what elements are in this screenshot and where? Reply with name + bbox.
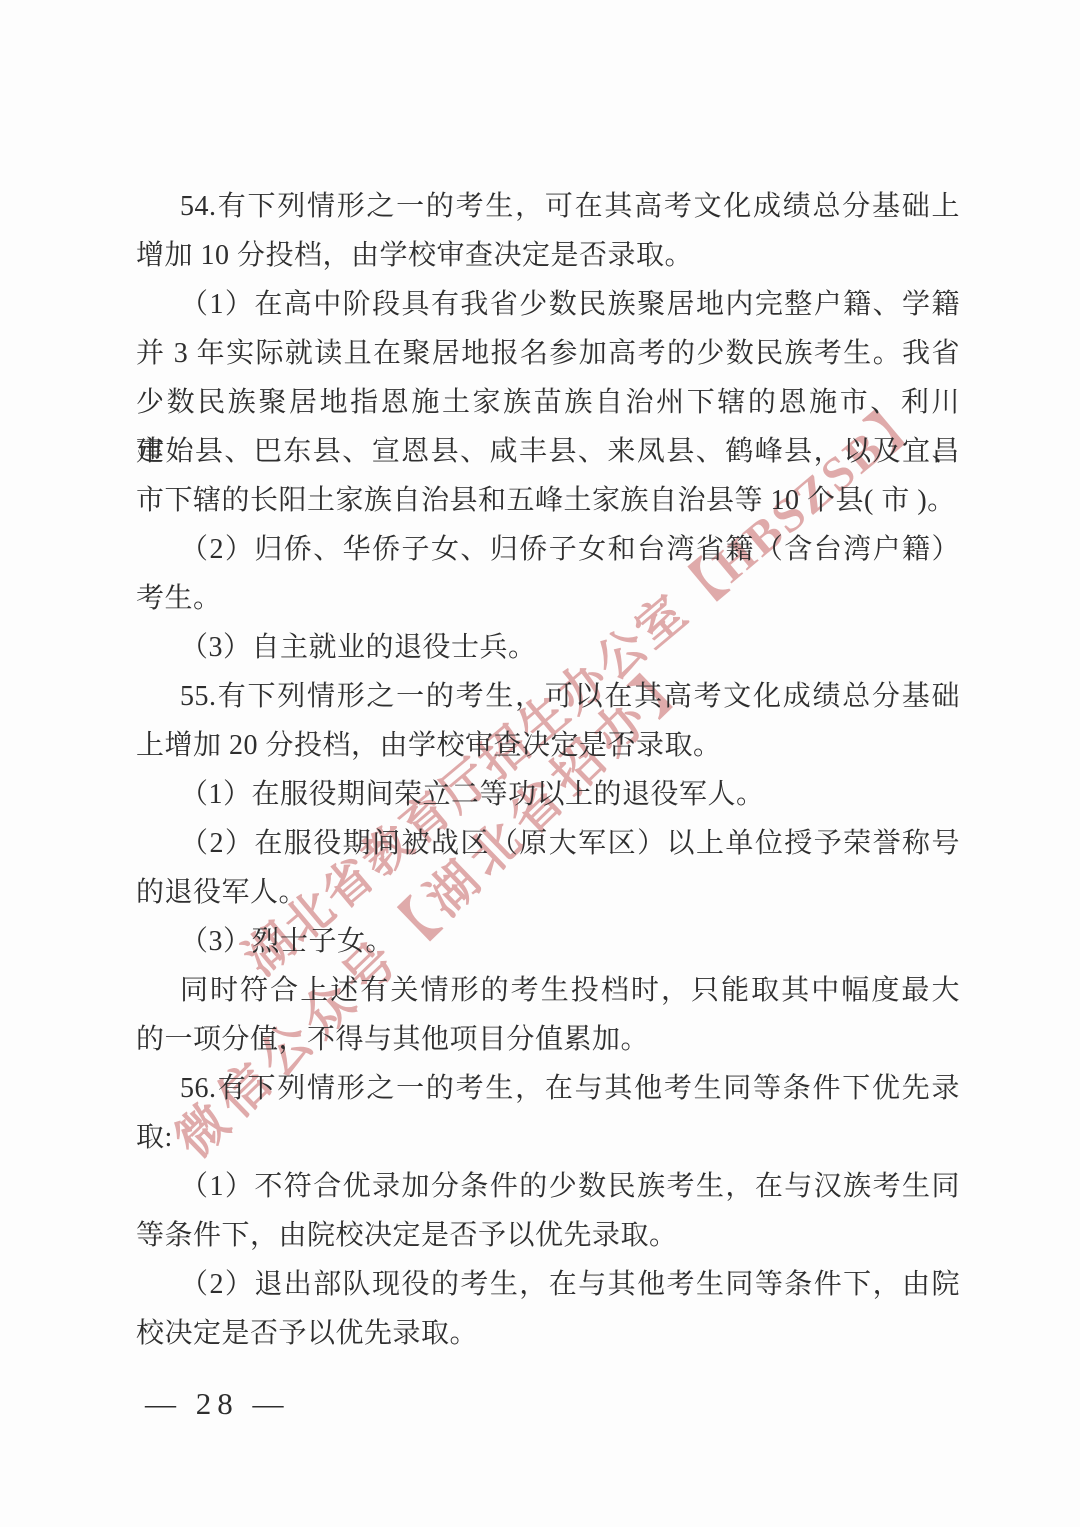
text-line: （2）归侨、华侨子女、归侨子女和台湾省籍（含台湾户籍）: [136, 525, 960, 574]
text-line: （2）在服役期间被战区（原大军区）以上单位授予荣誉称号: [136, 819, 960, 868]
text-line: 的退役军人。: [136, 868, 960, 917]
text-line: 56.有下列情形之一的考生，在与其他考生同等条件下优先录: [136, 1064, 960, 1113]
text-line: （3）自主就业的退役士兵。: [136, 623, 960, 672]
text-line: 市下辖的长阳土家族自治县和五峰土家族自治县等 10 个县( 市 )。: [136, 476, 960, 525]
document-body: 54.有下列情形之一的考生，可在其高考文化成绩总分基础上 增加 10 分投档，由…: [136, 182, 960, 1358]
page-number: — 28 —: [145, 1386, 290, 1422]
text-line: （2）退出部队现役的考生，在与其他考生同等条件下，由院: [136, 1260, 960, 1309]
text-line: 增加 10 分投档，由学校审查决定是否录取。: [136, 231, 960, 280]
text-line: 的一项分值，不得与其他项目分值累加。: [136, 1015, 960, 1064]
text-line: 并 3 年实际就读且在聚居地报名参加高考的少数民族考生。我省: [136, 329, 960, 378]
text-line: 54.有下列情形之一的考生，可在其高考文化成绩总分基础上: [136, 182, 960, 231]
text-line: 等条件下，由院校决定是否予以优先录取。: [136, 1211, 960, 1260]
text-line: 上增加 20 分投档，由学校审查决定是否录取。: [136, 721, 960, 770]
text-line: （1）在高中阶段具有我省少数民族聚居地内完整户籍、学籍: [136, 280, 960, 329]
text-line: （1）在服役期间荣立二等功以上的退役军人。: [136, 770, 960, 819]
text-line: 建始县、巴东县、宣恩县、咸丰县、来凤县、鹤峰县，以及宜昌: [136, 427, 960, 476]
text-line: （1）不符合优录加分条件的少数民族考生，在与汉族考生同: [136, 1162, 960, 1211]
text-line: 55.有下列情形之一的考生，可以在其高考文化成绩总分基础: [136, 672, 960, 721]
text-line: 少数民族聚居地指恩施土家族苗族自治州下辖的恩施市、利川市、: [136, 378, 960, 427]
text-line: 同时符合上述有关情形的考生投档时，只能取其中幅度最大: [136, 966, 960, 1015]
document-page: 湖北省教育厅招生办公室【HBSZSB】 微信公众号【湖北省招办】 54.有下列情…: [0, 0, 1080, 1527]
text-line: （3）烈士子女。: [136, 917, 960, 966]
text-line: 校决定是否予以优先录取。: [136, 1309, 960, 1358]
text-line: 取:: [136, 1113, 960, 1162]
text-line: 考生。: [136, 574, 960, 623]
